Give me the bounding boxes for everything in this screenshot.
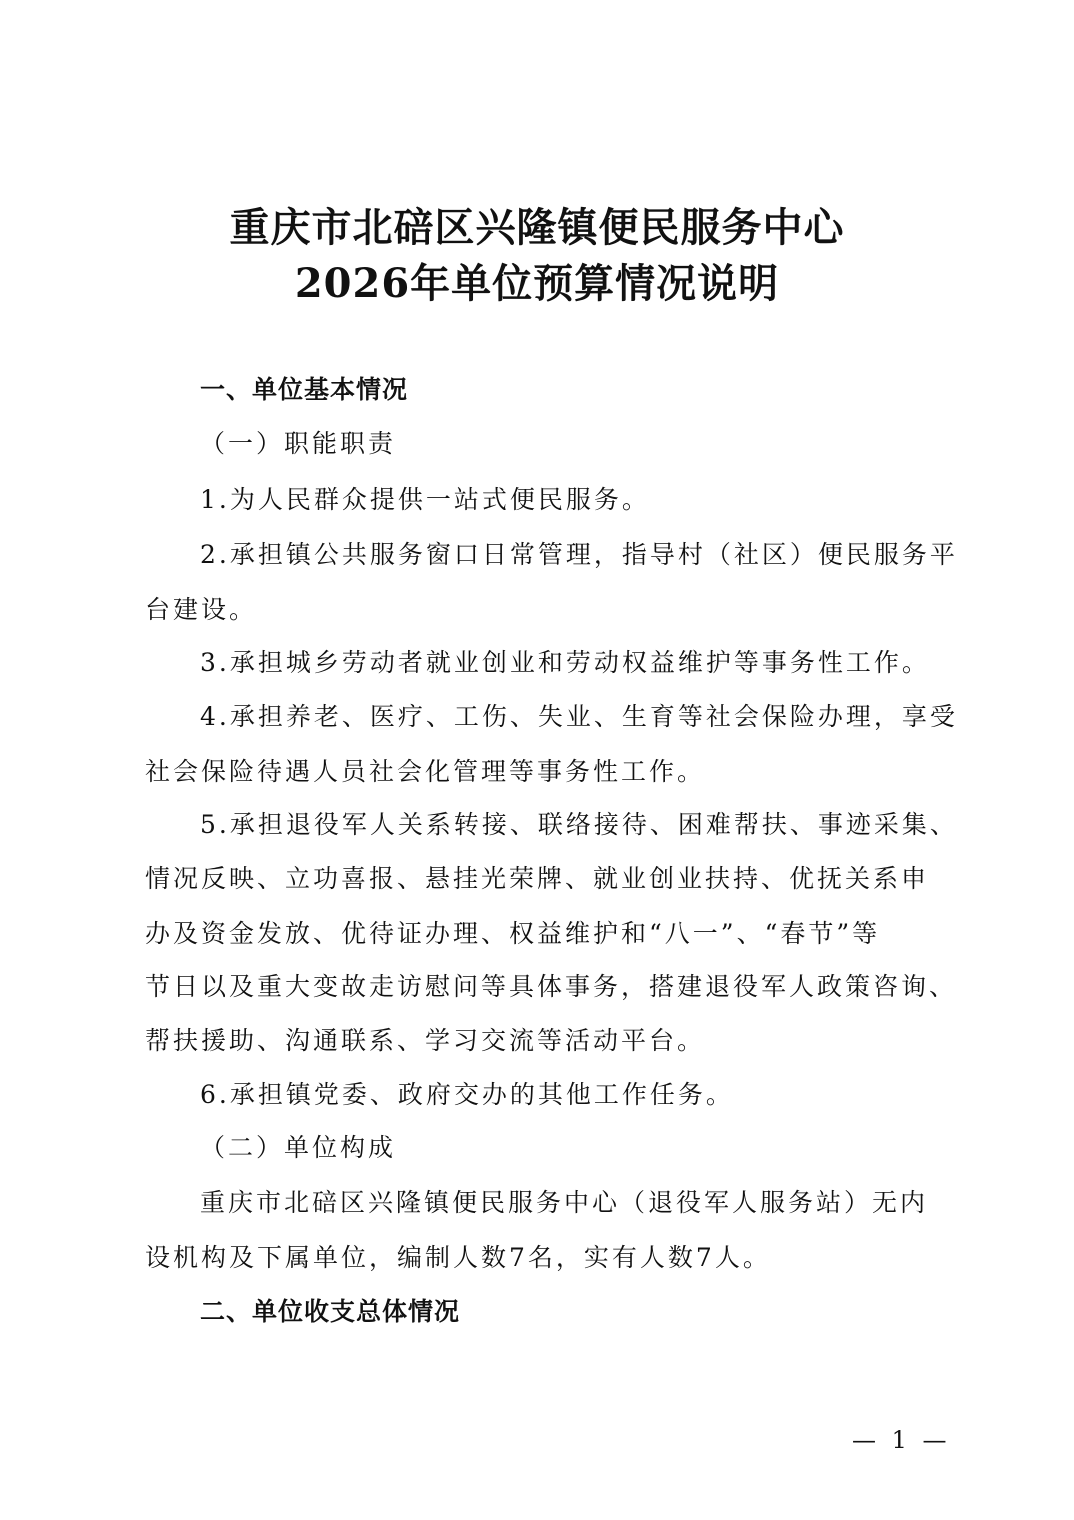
paragraph-line: 5.承担退役军人关系转接、联络接待、困难帮扶、事迹采集、 xyxy=(200,805,958,841)
paragraph-line: 2.承担镇公共服务窗口日常管理，指导村（社区）便民服务平 xyxy=(200,535,958,571)
paragraph-line: 1.为人民群众提供一站式便民服务。 xyxy=(200,480,650,516)
paragraph-line: 设机构及下属单位，编制人数7名，实有人数7人。 xyxy=(145,1238,771,1274)
paragraph-line: 社会保险待遇人员社会化管理等事务性工作。 xyxy=(145,752,705,788)
subsection-heading-1: （一）职能职责 xyxy=(200,424,396,460)
paragraph-line: 3.承担城乡劳动者就业创业和劳动权益维护等事务性工作。 xyxy=(200,643,930,679)
paragraph-line: 节日以及重大变故走访慰问等具体事务，搭建退役军人政策咨询、 xyxy=(145,967,957,1003)
paragraph-line: 4.承担养老、医疗、工伤、失业、生育等社会保险办理，享受 xyxy=(200,697,958,733)
paragraph-line: 台建设。 xyxy=(145,590,257,626)
document-title-line1: 重庆市北碚区兴隆镇便民服务中心 xyxy=(0,196,1074,253)
page-number: — 1 — xyxy=(852,1426,951,1454)
section-heading-2: 二、单位收支总体情况 xyxy=(200,1292,460,1328)
section-heading-1: 一、单位基本情况 xyxy=(200,370,408,406)
paragraph-line: 帮扶援助、沟通联系、学习交流等活动平台。 xyxy=(145,1021,705,1057)
paragraph-line: 办及资金发放、优待证办理、权益维护和“八一”、“春节”等 xyxy=(145,914,880,950)
paragraph-line: 6.承担镇党委、政府交办的其他工作任务。 xyxy=(200,1075,734,1111)
document-title-line2: 2026年单位预算情况说明 xyxy=(0,252,1074,309)
paragraph-line: 重庆市北碚区兴隆镇便民服务中心（退役军人服务站）无内 xyxy=(200,1183,928,1219)
paragraph-line: 情况反映、立功喜报、悬挂光荣牌、就业创业扶持、优抚关系申 xyxy=(145,859,929,895)
subsection-heading-2: （二）单位构成 xyxy=(200,1128,396,1164)
